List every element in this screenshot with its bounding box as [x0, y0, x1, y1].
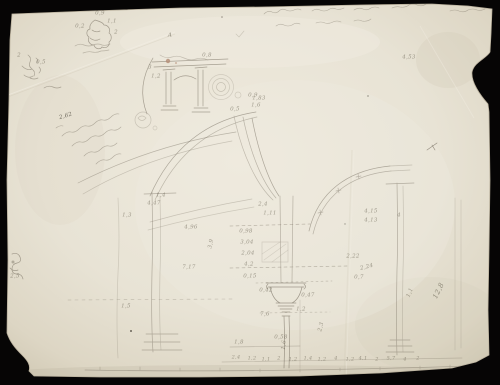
rust-ink-dot [166, 59, 170, 63]
scanned-sheet-view: 0,91,10,2220,5A31,20,81,830,54,530,91,61… [0, 0, 500, 385]
scan-canvas [0, 0, 500, 385]
